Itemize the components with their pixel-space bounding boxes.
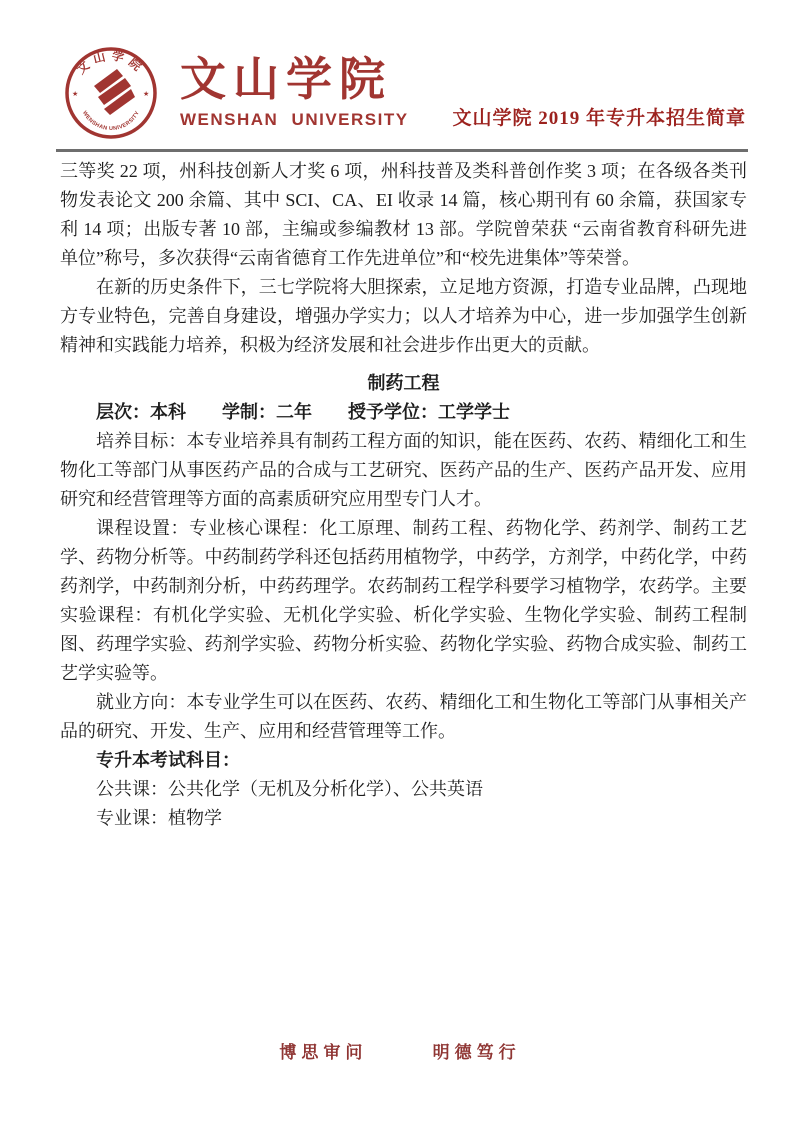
program-duration-label: 学制： [222, 402, 276, 422]
major-course-line: 专业课：植物学 [60, 804, 747, 833]
logo-names: 文山学院 WENSHAN UNIVERSITY [180, 50, 420, 130]
motto-left: 博思审问 [279, 1043, 367, 1062]
university-name-en: WENSHAN UNIVERSITY [180, 110, 420, 130]
program-level: 层次：本科 [96, 402, 186, 422]
paragraph-achievements: 三等奖 22 项，州科技创新人才奖 6 项，州科技普及类科普创作奖 3 项；在各… [60, 157, 747, 273]
paragraph-outlook: 在新的历史条件下，三七学院将大胆探索，立足地方资源，打造专业品牌，凸现地方专业特… [60, 273, 747, 360]
motto-right: 明德笃行 [433, 1043, 521, 1062]
header-tagline: 文山学院 2019 年专升本招生简章 [452, 103, 746, 130]
public-course-line: 公共课：公共化学（无机及分析化学）、公共英语 [60, 775, 747, 804]
page-footer: 博思审问 明德笃行 [0, 1038, 800, 1063]
program-duration-value: 二年 [276, 402, 312, 422]
program-degree-value: 工学学士 [438, 402, 510, 422]
paragraph-training-objective: 培养目标：本专业培养具有制药工程方面的知识，能在医药、农药、精细化工和生物化工等… [60, 427, 747, 514]
exam-subjects-heading: 专升本考试科目： [60, 746, 747, 775]
seal-emblem-icon [94, 69, 135, 115]
document-body: 三等奖 22 项，州科技创新人才奖 6 项，州科技普及类科普创作奖 3 项；在各… [60, 157, 747, 833]
seal-star-left-icon: ★ [72, 90, 78, 98]
section-title-pharmaceutical-engineering: 制药工程 [60, 369, 747, 398]
paragraph-course-offerings: 课程设置：专业核心课程：化工原理、制药工程、药物化学、药剂学、制药工艺学、药物分… [60, 514, 747, 688]
page-header: 文山学院 WENSHAN UNIVERSITY ★ ★ 文山学院 WENSHAN… [0, 0, 800, 150]
program-level-value: 本科 [150, 402, 186, 422]
program-degree: 授予学位：工学学士 [348, 402, 510, 422]
header-divider [56, 149, 748, 152]
program-degree-label: 授予学位： [348, 402, 438, 422]
university-seal-icon: 文山学院 WENSHAN UNIVERSITY ★ ★ [63, 45, 159, 141]
seal-star-right-icon: ★ [143, 90, 149, 98]
program-level-label: 层次： [96, 402, 150, 422]
program-meta-line: 层次：本科学制：二年授予学位：工学学士 [60, 398, 747, 427]
program-duration: 学制：二年 [222, 402, 312, 422]
document-page: 文山学院 WENSHAN UNIVERSITY ★ ★ 文山学院 WENSHAN… [0, 0, 800, 1131]
university-name-cn: 文山学院 [180, 50, 420, 110]
seal-top-text: 文山学院 [73, 47, 148, 77]
paragraph-employment-direction: 就业方向：本专业学生可以在医药、农药、精细化工和生物化工等部门从事相关产品的研究… [60, 688, 747, 746]
